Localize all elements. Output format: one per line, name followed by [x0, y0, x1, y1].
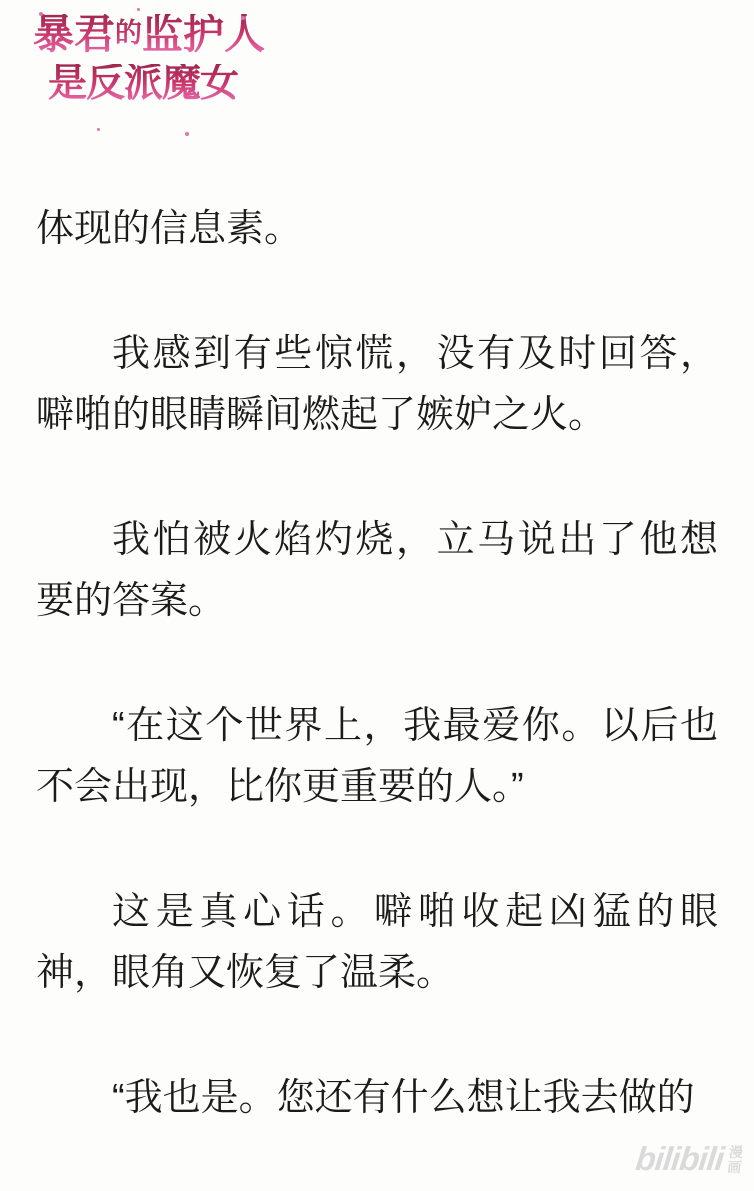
chapter-text: 体现的信息素。 我感到有些惊慌，没有及时回答，噼啪的眼睛瞬间燃起了嫉妒之火。 我…	[0, 0, 754, 1191]
paragraph: 我感到有些惊慌，没有及时回答，噼啪的眼睛瞬间燃起了嫉妒之火。	[36, 324, 718, 446]
paragraph: “我也是。您还有什么想让我去做的	[36, 1068, 718, 1129]
paragraph: 这是真心话。噼啪收起凶猛的眼神，眼角又恢复了温柔。	[36, 882, 718, 1004]
bilibili-logo-text: bilibili	[634, 1142, 725, 1175]
reader-page: 暴君的监护人 是反派魔女 体现的信息素。 我感到有些惊慌，没有及时回答，噼啪的眼…	[0, 0, 754, 1191]
bilibili-watermark-manhua-bottom: 画	[726, 1160, 742, 1175]
paragraph: “在这个世界上，我最爱你。以后也不会出现，比你更重要的人。”	[36, 696, 718, 818]
bilibili-watermark: bilibili 漫 画	[634, 1142, 744, 1175]
paragraph: 体现的信息素。	[36, 199, 718, 260]
bilibili-watermark-manhua-label: 漫 画	[726, 1145, 743, 1175]
bilibili-watermark-manhua-top: 漫	[728, 1145, 744, 1160]
paragraph: 我怕被火焰灼烧，立马说出了他想要的答案。	[36, 510, 718, 632]
